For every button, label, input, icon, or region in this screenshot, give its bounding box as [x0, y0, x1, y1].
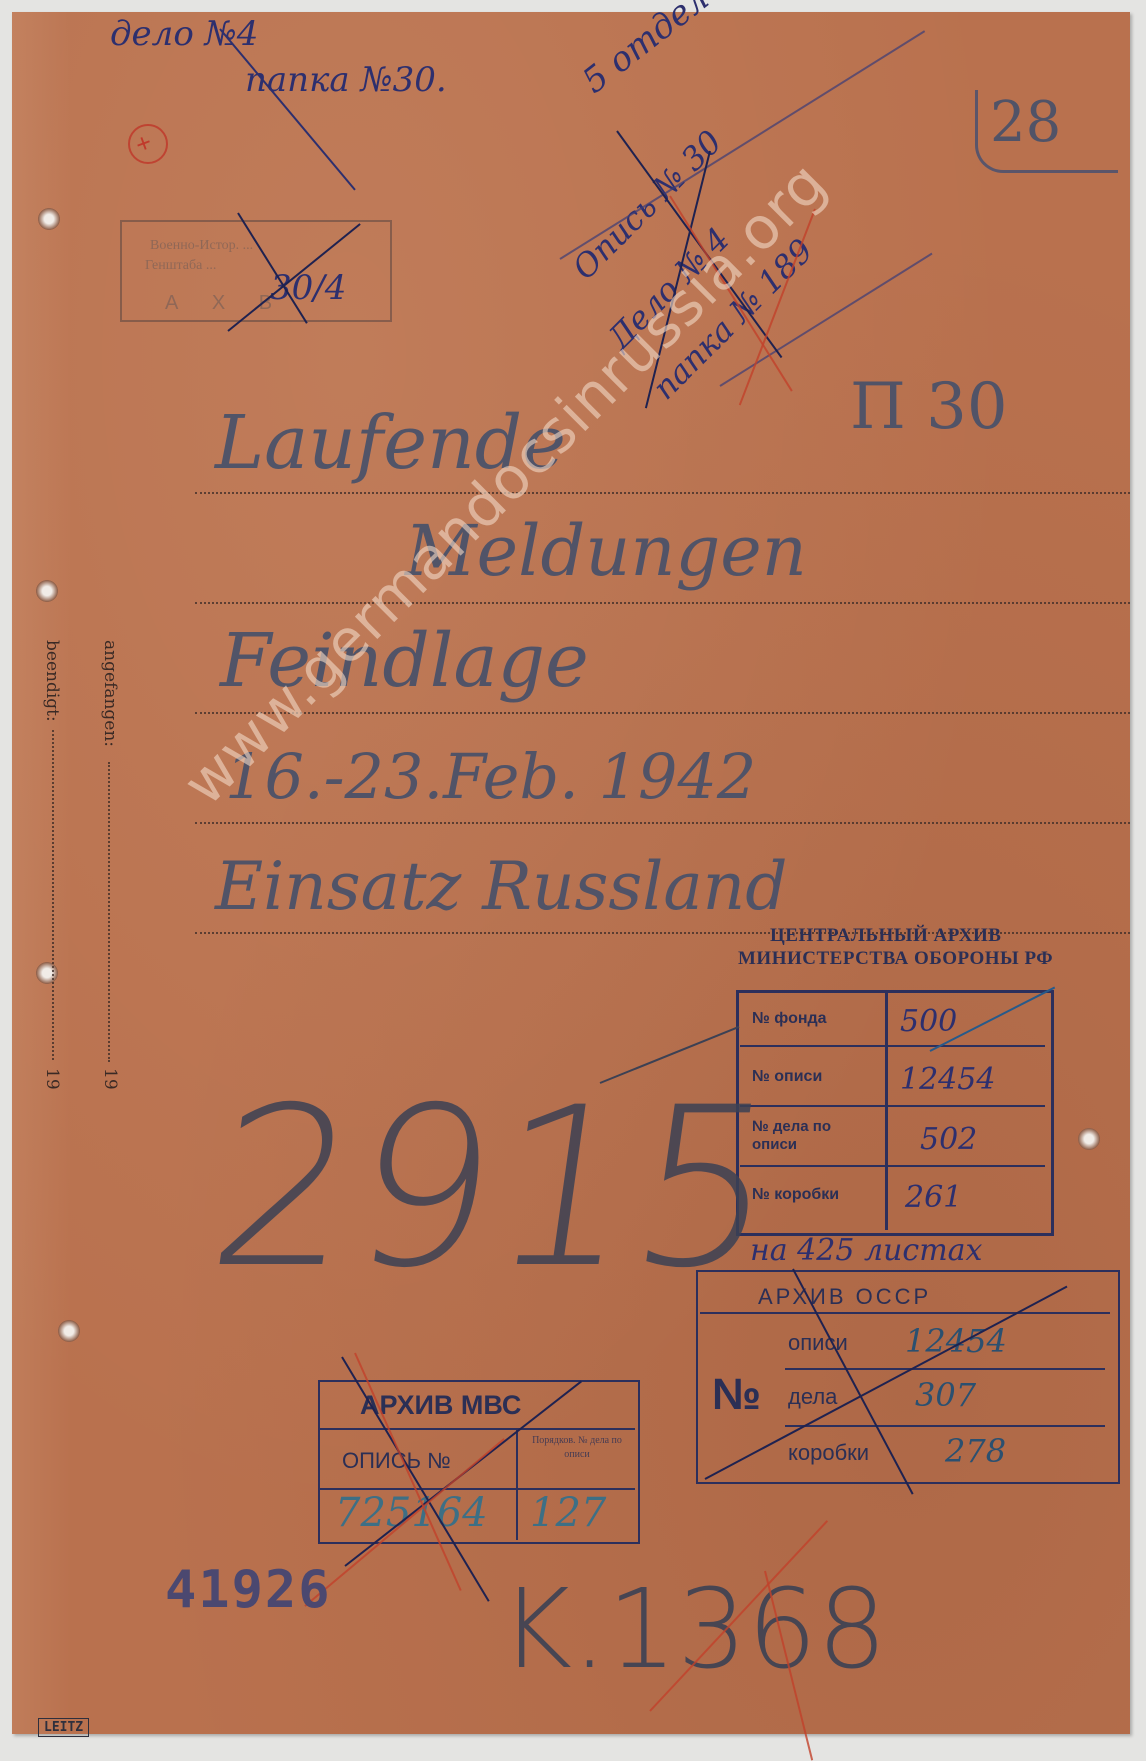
stamp-divider: [740, 1165, 1045, 1167]
mvs-opis-label: ОПИСЬ №: [342, 1448, 451, 1474]
beendigt-label: beendigt:: [42, 640, 62, 722]
punch-hole: [58, 1320, 80, 1342]
no-sign: №: [712, 1370, 761, 1420]
central-archive-header-1: ЦЕНТРАЛЬНЫЙ АРХИВ: [770, 925, 1001, 947]
old-stamp-line3: А Х В: [165, 292, 286, 315]
beendigt-field: [52, 730, 54, 1060]
ossr-korobka-value: 278: [945, 1432, 1006, 1470]
title-line-4: 16.-23.Feb. 1942: [225, 740, 756, 813]
p-number: П 30: [850, 370, 1008, 444]
stamp-divider: [320, 1428, 635, 1430]
punch-hole: [1078, 1128, 1100, 1150]
stamp-divider: [785, 1368, 1105, 1370]
ossr-header: АРХИВ ОССР: [758, 1284, 931, 1310]
punch-hole: [36, 962, 58, 984]
ossr-korobka-label: коробки: [788, 1440, 869, 1466]
year-prefix-2: 19: [42, 1068, 62, 1090]
stamp-divider: [700, 1312, 1110, 1314]
stamp-divider: [740, 1045, 1045, 1047]
old-stamp-line2: Генштаба ...: [145, 258, 216, 274]
stamped-inventory-number: 41926: [165, 1560, 332, 1620]
year-prefix-1: 19: [100, 1068, 120, 1090]
central-archive-header-2: МИНИСТЕРСТВА ОБОРОНЫ РФ: [738, 948, 1053, 970]
guide-line: [195, 712, 1130, 714]
ossr-delo-label: дела: [788, 1384, 837, 1410]
ossr-delo-value: 307: [915, 1376, 976, 1414]
mvs-order-value: 127: [530, 1490, 606, 1536]
reference-bracket: [975, 90, 1118, 173]
sheet-count-note: на 425 листах: [750, 1233, 982, 1268]
angefangen-label: angefangen:: [100, 640, 120, 747]
stamp-divider: [516, 1430, 518, 1540]
old-stamp-line1: Военно-Истор. ...: [150, 238, 253, 254]
fond-label: № фонда: [752, 1010, 827, 1028]
punch-hole: [38, 208, 60, 230]
fond-value: 500: [900, 1004, 957, 1039]
opis-value: 12454: [900, 1062, 995, 1097]
punch-hole: [36, 580, 58, 602]
stamp-divider: [785, 1425, 1105, 1427]
guide-line: [195, 492, 1130, 494]
k-number: K.1368: [500, 1565, 887, 1693]
korobka-value: 261: [905, 1180, 962, 1215]
delo-value: 502: [920, 1122, 977, 1157]
guide-line: [195, 822, 1130, 824]
mvs-order-label: Порядков. № дела по описи: [522, 1434, 632, 1462]
title-line-5: Einsatz Russland: [215, 848, 787, 925]
stamp-divider: [885, 993, 888, 1230]
leitz-maker-mark: LEITZ: [38, 1718, 89, 1737]
angefangen-field: [108, 762, 110, 1062]
